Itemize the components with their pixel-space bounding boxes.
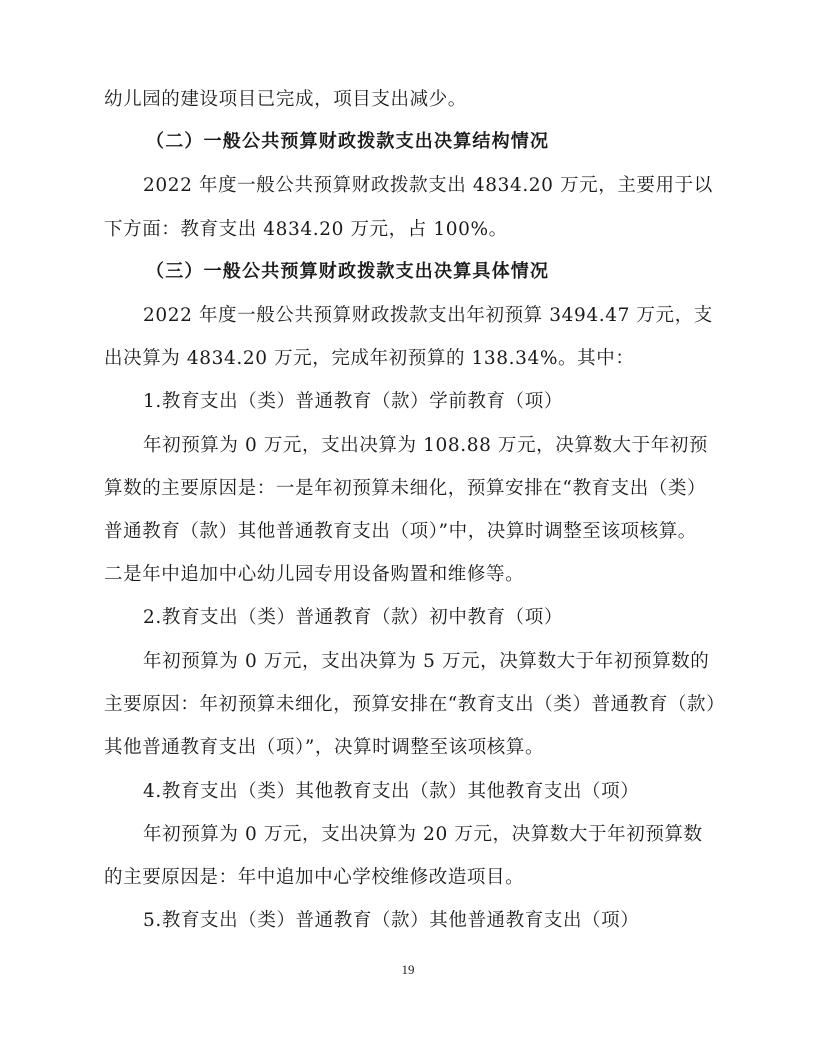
paragraph-line: 其他普通教育支出（项）”，决算时调整至该项核算。 <box>104 736 544 760</box>
paragraph-line: 年初预算为 0 万元，支出决算为 108.88 万元，决算数大于年初预 <box>143 434 708 458</box>
section-heading-structure: （二）一般公共预算财政拨款支出决算结构情况 <box>146 130 549 154</box>
item-heading-1: 1.教育支出（类）普通教育（款）学前教育（项） <box>143 390 563 414</box>
paragraph-line: 的主要原因是：年中追加中心学校维修改造项目。 <box>104 866 524 890</box>
section-heading-details: （三）一般公共预算财政拨款支出决算具体情况 <box>146 260 549 284</box>
paragraph-line: 算数的主要原因是：一是年初预算未细化，预算安排在“教育支出（类） <box>104 477 706 501</box>
paragraph-line: 下方面：教育支出 4834.20 万元，占 100%。 <box>104 218 508 242</box>
paragraph-line: 2022 年度一般公共预算财政拨款支出年初预算 3494.47 万元，支 <box>143 304 713 328</box>
paragraph-line: 二是年中追加中心幼儿园专用设备购置和维修等。 <box>104 563 524 587</box>
item-heading-5: 5.教育支出（类）普通教育（款）其他普通教育支出（项） <box>143 909 639 933</box>
paragraph-line: 年初预算为 0 万元，支出决算为 5 万元，决算数大于年初预算数的 <box>143 650 709 674</box>
page-number: 19 <box>0 962 816 978</box>
paragraph-line: 幼儿园的建设项目已完成，项目支出减少。 <box>104 88 467 112</box>
paragraph-line: 年初预算为 0 万元，支出决算为 20 万元，决算数大于年初预算数 <box>143 823 703 847</box>
document-page: 幼儿园的建设项目已完成，项目支出减少。 （二）一般公共预算财政拨款支出决算结构情… <box>0 0 816 1056</box>
paragraph-line: 出决算为 4834.20 万元，完成年初预算的 138.34%。其中： <box>104 347 634 371</box>
paragraph-line: 普通教育（款）其他普通教育支出（项）”中，决算时调整至该项核算。 <box>104 520 697 544</box>
item-heading-4: 4.教育支出（类）其他教育支出（款）其他教育支出（项） <box>143 780 639 804</box>
item-heading-2: 2.教育支出（类）普通教育（款）初中教育（项） <box>143 606 563 630</box>
paragraph-line: 主要原因：年初预算未细化，预算安排在“教育支出（类）普通教育（款） <box>104 693 725 717</box>
paragraph-line: 2022 年度一般公共预算财政拨款支出 4834.20 万元，主要用于以 <box>143 174 713 198</box>
